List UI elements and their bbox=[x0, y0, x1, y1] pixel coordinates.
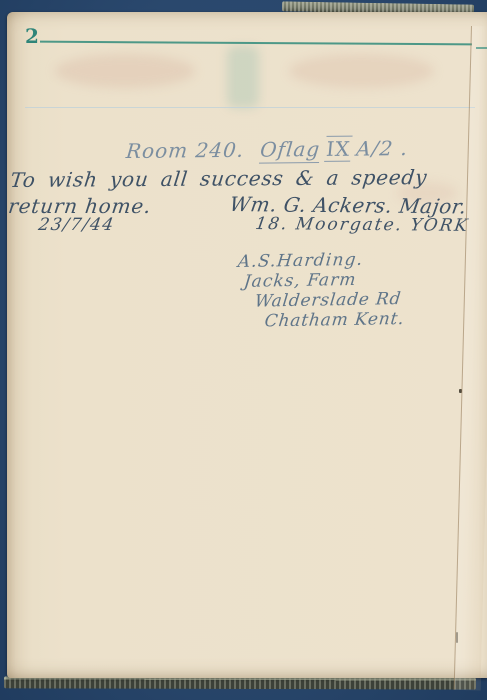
show-through-stain bbox=[289, 54, 434, 88]
harding-address-3: Chatham Kent. bbox=[264, 309, 406, 331]
show-through-stain bbox=[227, 46, 259, 108]
next-page-edge bbox=[454, 26, 487, 690]
heading-suffix: A/2 . bbox=[355, 136, 409, 161]
entry-harding: A.S.Harding. Jacks, Farm Walderslade Rd … bbox=[231, 249, 412, 332]
ruled-line-teal bbox=[40, 41, 472, 46]
heading-room-oflag: Room 240.OflagIXA/2 . bbox=[125, 136, 409, 163]
harding-address-2: Walderslade Rd bbox=[254, 289, 408, 312]
page-number: 2 bbox=[25, 26, 39, 46]
book-photo: 2 Room 240.OflagIXA/2 . To wish you all … bbox=[0, 0, 487, 700]
address-ackers: 18. Moorgate. YORK bbox=[254, 214, 471, 236]
heading-numeral: IX bbox=[324, 136, 353, 162]
page-paper: 2 Room 240.OflagIXA/2 . To wish you all … bbox=[7, 12, 487, 678]
ruled-line-faint bbox=[25, 107, 475, 108]
entry-date: 23/7/44 bbox=[37, 215, 116, 235]
heading-room: Room 240. bbox=[125, 138, 245, 163]
heading-oflag: Oflag bbox=[259, 137, 321, 164]
show-through-stain bbox=[55, 54, 195, 88]
cloth-edge-bottom bbox=[4, 676, 476, 689]
message-line-1: To wish you all success & a speedy bbox=[9, 165, 429, 192]
